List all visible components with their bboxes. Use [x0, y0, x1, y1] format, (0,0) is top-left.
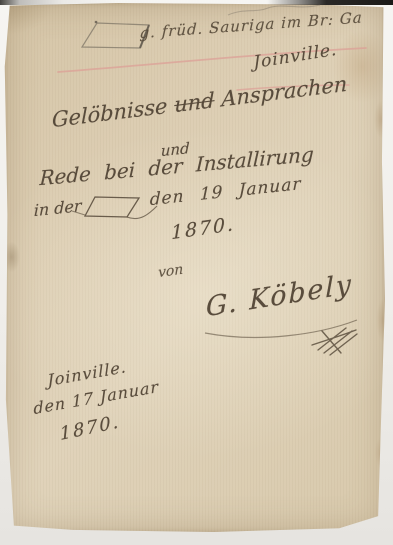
title-struck-word: und [174, 88, 214, 117]
scan-top-edge-shadow [0, 0, 393, 5]
scanned-manuscript-page: g. früd. Sauriga im Br: Ga Joinville. Ge… [0, 0, 393, 545]
